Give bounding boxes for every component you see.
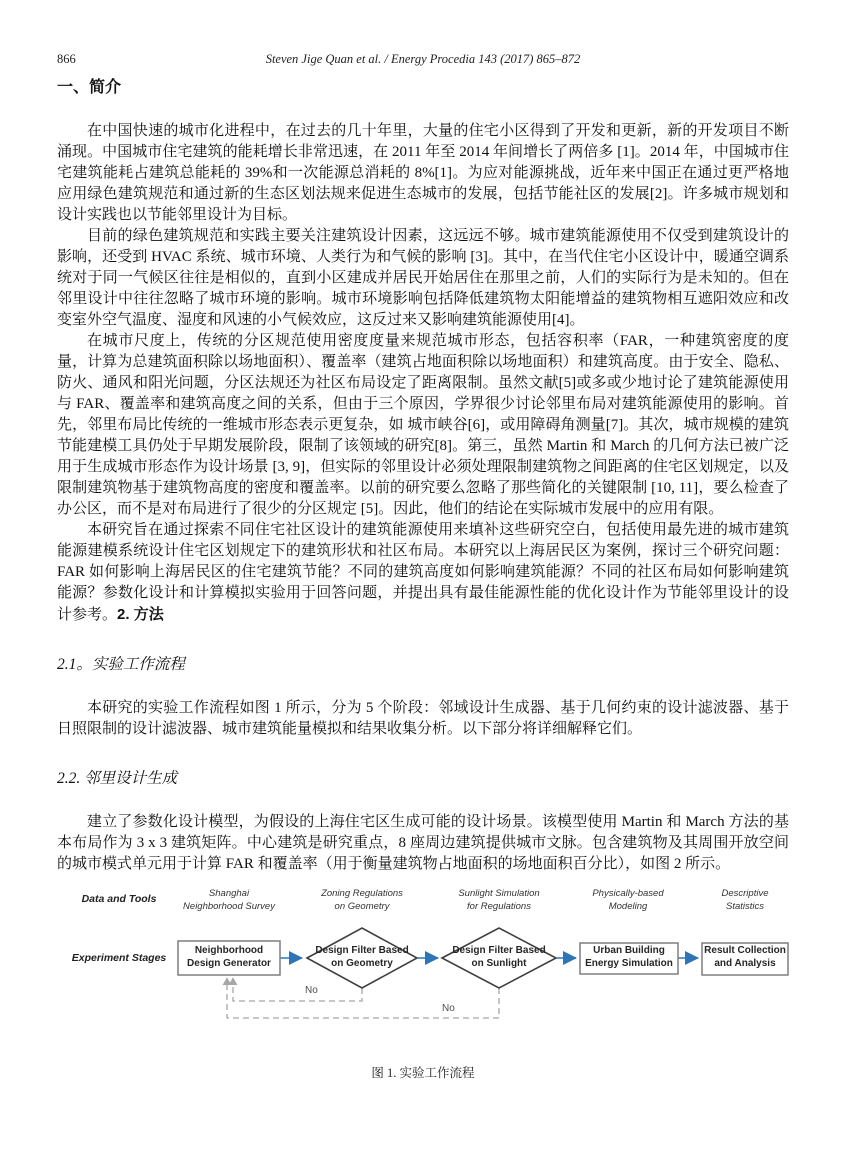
page-number: 866 [57,52,76,67]
running-head-citation: Steven Jige Quan et al. / Energy Procedi… [57,52,789,67]
figure-1: Data and Tools Experiment Stages Shangha… [57,885,789,1081]
tool-label-shanghai-survey: Shanghai Neighborhood Survey [164,888,294,913]
paragraph-5: 本研究的实验工作流程如图 1 所示，分为 5 个阶段：邻域设计生成器、基于几何约… [57,698,789,740]
methods-heading-inline: 2. 方法 [117,606,164,623]
stage-label-urban-building-energy-simulation: Urban Building Energy Simulation [569,945,689,971]
subsection-heading-2-1: 2.1。实验工作流程 [57,652,789,674]
tool-label-descriptive-statistics: Descriptive Statistics [680,888,810,913]
paragraph-3: 在城市尺度上，传统的分区规范使用密度度量来规范城市形态，包括容积率（FAR，一种… [57,331,789,520]
paragraph-2: 目前的绿色建筑规范和实践主要关注建筑设计因素，这远远不够。城市建筑能源使用不仅受… [57,226,789,331]
running-header: 866 Steven Jige Quan et al. / Energy Pro… [57,52,789,70]
paragraph-4-text: 本研究旨在通过探索不同住宅社区设计的建筑能源使用来填补这些研究空白，包括使用最先… [57,522,789,623]
figure-caption: 图 1. 实验工作流程 [57,1063,789,1081]
tool-label-physically-based-modeling: Physically-based Modeling [563,888,693,913]
paragraph-4: 本研究旨在通过探索不同住宅社区设计的建筑能源使用来填补这些研究空白，包括使用最先… [57,520,789,626]
section-heading-intro: 一、简介 [57,74,789,97]
stage-label-design-filter-geometry: Design Filter Based on Geometry [302,945,422,971]
row-label-experiment-stages: Experiment Stages [72,952,167,964]
paragraph-6: 建立了参数化设计模型，为假设的上海住宅区生成可能的设计场景。该模型使用 Mart… [57,812,789,875]
paper-page: 866 Steven Jige Quan et al. / Energy Pro… [0,0,846,1155]
feedback-path-geometry-no [233,978,362,1001]
stage-label-design-filter-sunlight: Design Filter Based on Sunlight [439,945,559,971]
row-label-data-and-tools: Data and Tools [82,893,157,905]
stage-label-neighborhood-design-generator: Neighborhood Design Generator [169,945,289,971]
stage-label-result-collection-analysis: Result Collection and Analysis [685,945,805,971]
no-label-geometry: No [305,985,318,996]
paragraph-1: 在中国快速的城市化进程中，在过去的几十年里，大量的住宅小区得到了开发和更新，新的… [57,121,789,226]
no-label-sunlight: No [442,1003,455,1014]
subsection-heading-2-2: 2.2. 邻里设计生成 [57,766,789,788]
workflow-flowchart: Data and Tools Experiment Stages Shangha… [57,885,789,1037]
tool-label-sunlight-simulation: Sunlight Simulation for Regulations [434,888,564,913]
tool-label-zoning-regulations: Zoning Regulations on Geometry [297,888,427,913]
